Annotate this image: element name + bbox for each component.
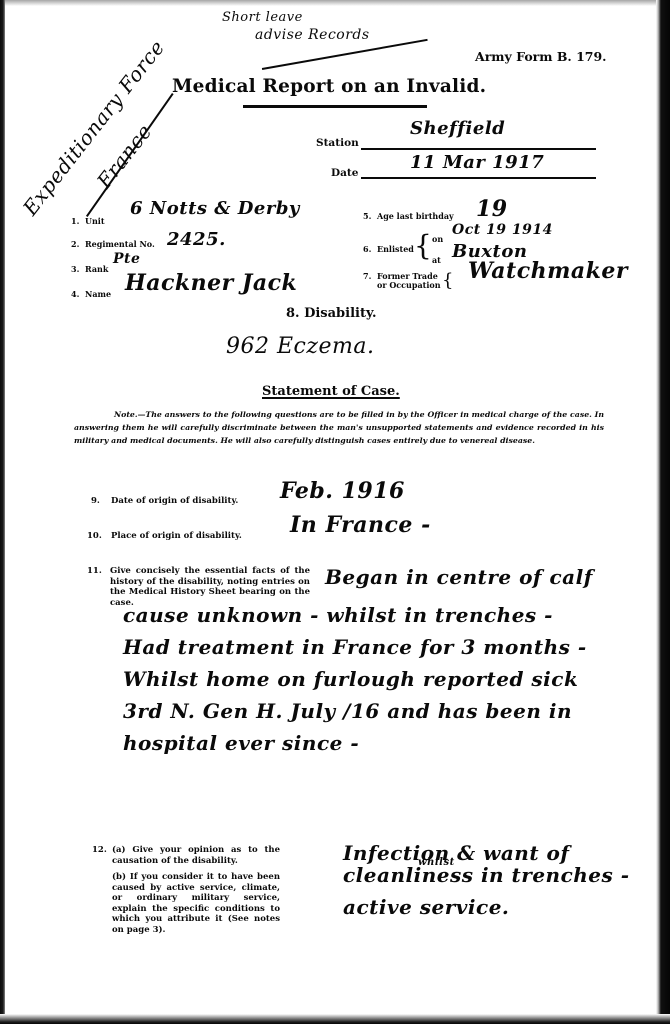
enlisted-brace: { — [414, 232, 432, 260]
field-enlisted-at-label: at — [432, 256, 441, 265]
scan-edge-bottom — [0, 1014, 670, 1024]
scan-edge-left — [0, 0, 5, 1024]
q12b-label: (b) If you consider it to have been caus… — [112, 872, 280, 935]
q11-answer-line-1: Began in centre of calf — [325, 560, 593, 594]
top-note-line1: Short leave — [222, 10, 303, 25]
station-label: Station — [316, 137, 359, 149]
q12-number: 12. — [92, 845, 107, 856]
date-value: 11 Mar 1917 — [410, 152, 544, 173]
field-rank-value: Pte — [113, 251, 140, 267]
field-enlisted-on-value: Oct 19 1914 — [452, 222, 553, 238]
q9-answer: Feb. 1916 — [280, 478, 405, 504]
q10-label: 10.Place of origin of disability. — [87, 531, 242, 542]
q11-answer-line-3: Had treatment in France for 3 months - — [123, 630, 587, 664]
field-unit-value: 6 Notts & Derby — [130, 198, 300, 219]
field-enlisted-label: 6.Enlisted — [363, 245, 414, 254]
station-line — [361, 148, 596, 150]
field-name-label: 4.Name — [71, 290, 111, 299]
note-pointer-line — [262, 39, 428, 70]
field-name-value: Hackner Jack — [125, 270, 297, 296]
disability-value: 962 Eczema. — [226, 334, 374, 359]
disability-heading: 8. Disability. — [286, 306, 377, 321]
field-regimental-no-label: 2.Regimental No. — [71, 240, 155, 249]
field-regimental-no-value: 2425. — [167, 229, 226, 250]
field-enlisted-on-label: on — [432, 235, 443, 244]
scan-edge-right — [656, 0, 670, 1024]
q12-answer-line-3: active service. — [343, 890, 509, 924]
q11-answer-line-5: 3rd N. Gen H. July /16 and has been in — [123, 694, 572, 728]
q12-answer-line-2: cleanliness in trenches - — [343, 858, 630, 892]
q11-answer-line-6: hospital ever since - — [123, 726, 359, 760]
date-label: Date — [331, 167, 358, 179]
q11-answer-line-4: Whilst home on furlough reported sick — [123, 662, 578, 696]
statement-heading: Statement of Case. — [262, 384, 400, 399]
q11-number: 11. — [87, 566, 102, 577]
form-id: Army Form B. 179. — [475, 49, 607, 64]
q11-answer-line-2: cause unknown - whilst in trenches - — [123, 598, 553, 632]
date-line — [361, 177, 596, 179]
field-age-label: 5.Age last birthday — [363, 212, 454, 221]
statement-note: Note.—The answers to the following quest… — [74, 408, 604, 447]
trade-brace: { — [442, 270, 453, 291]
top-note-line2: advise Records — [255, 27, 370, 43]
field-rank-label: 3.Rank — [71, 265, 108, 274]
q10-answer: In France - — [290, 512, 431, 538]
field-age-value: 19 — [476, 196, 508, 222]
field-trade-value: Watchmaker — [468, 258, 628, 284]
title-underline — [243, 105, 427, 108]
q12a-label: (a) Give your opinion as to the causatio… — [112, 845, 280, 866]
field-unit-label: 1.Unit — [71, 217, 105, 226]
page-title: Medical Report on an Invalid. — [172, 76, 486, 97]
field-trade-label: 7.Former Tradeor Occupation — [363, 272, 441, 290]
scan-edge-top — [0, 0, 670, 6]
q9-label: 9.Date of origin of disability. — [91, 496, 238, 507]
station-value: Sheffield — [410, 118, 505, 139]
